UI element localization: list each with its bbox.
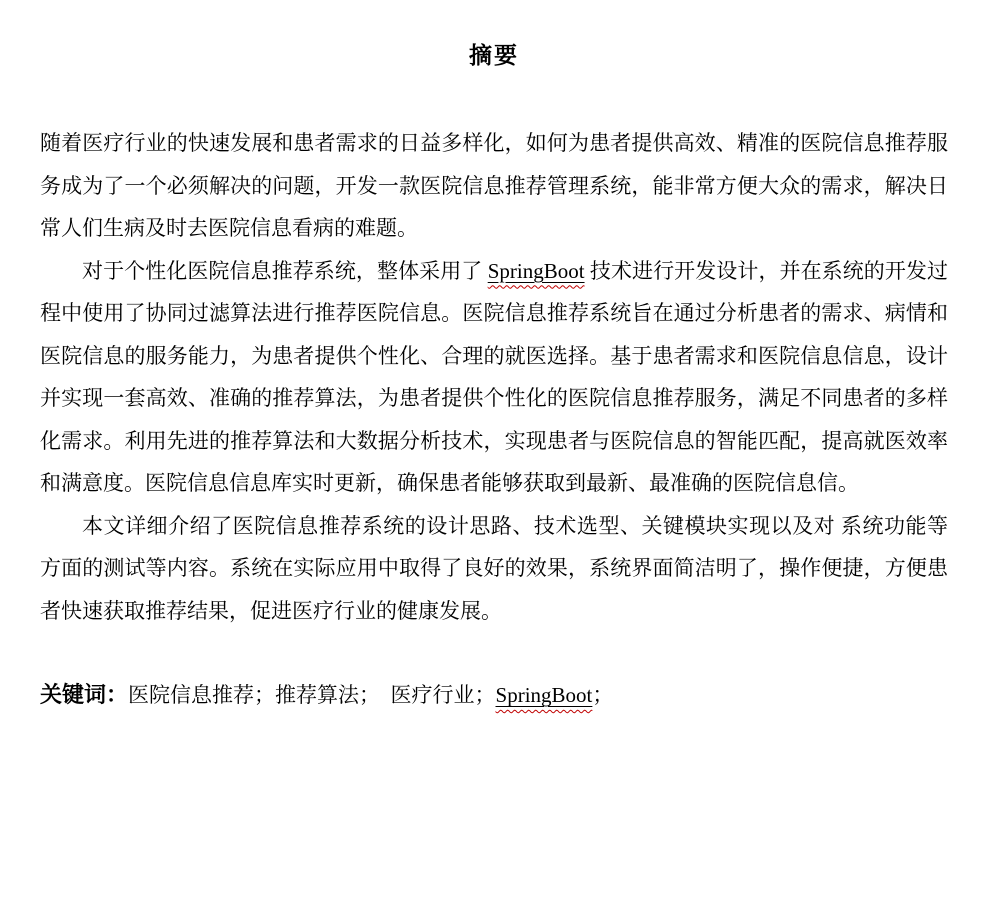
paragraph-3: 本文详细介绍了医院信息推荐系统的设计思路、技术选型、关键模块实现以及对 系统功能… bbox=[40, 505, 948, 633]
paragraph-2-text-after: 技术进行开发设计，并在系统的开发过程中使用了协同过滤算法进行推荐医院信息。医院信… bbox=[40, 259, 948, 496]
document-title: 摘要 bbox=[40, 36, 948, 76]
paragraph-1-text: 随着医疗行业的快速发展和患者需求的日益多样化，如何为患者提供高效、精准的医院信息… bbox=[40, 131, 948, 240]
paragraph-2: 对于个性化医院信息推荐系统，整体采用了 SpringBoot 技术进行开发设计，… bbox=[40, 250, 948, 505]
keyword-springboot-wrapper: SpringBoot bbox=[496, 683, 593, 707]
document-page: 摘要 随着医疗行业的快速发展和患者需求的日益多样化，如何为患者提供高效、精准的医… bbox=[0, 0, 990, 908]
keyword-springboot-suffix: ； bbox=[592, 683, 613, 707]
springboot-term-wrapper: SpringBoot bbox=[488, 259, 585, 283]
paragraph-3-text: 本文详细介绍了医院信息推荐系统的设计思路、技术选型、关键模块实现以及对 系统功能… bbox=[40, 514, 948, 623]
keyword-hospital-info-recommendation: 医院信息推荐； bbox=[128, 683, 275, 707]
keywords-line: 关键词：医院信息推荐；推荐算法； 医疗行业；SpringBoot； bbox=[40, 674, 948, 717]
paragraph-1: 随着医疗行业的快速发展和患者需求的日益多样化，如何为患者提供高效、精准的医院信息… bbox=[40, 122, 948, 250]
keywords-label: 关键词： bbox=[40, 682, 128, 707]
document-body: 随着医疗行业的快速发展和患者需求的日益多样化，如何为患者提供高效、精准的医院信息… bbox=[40, 122, 948, 632]
keyword-recommendation-algorithm: 推荐算法； bbox=[275, 683, 391, 707]
springboot-term: SpringBoot bbox=[488, 259, 585, 283]
paragraph-2-text-before: 对于个性化医院信息推荐系统，整体采用了 bbox=[82, 259, 488, 283]
keyword-medical-industry: 医疗行业； bbox=[391, 683, 496, 707]
keyword-springboot: SpringBoot bbox=[496, 683, 593, 707]
